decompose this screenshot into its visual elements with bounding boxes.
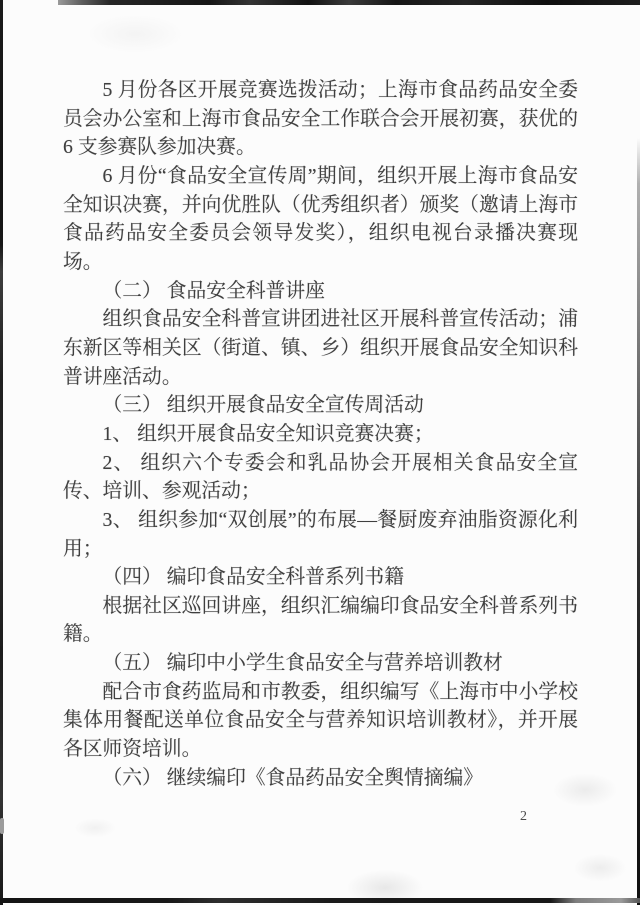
scan-smudge [0,818,4,834]
page-number: 2 [520,809,527,825]
paragraph: 6 月份“食品安全宣传周”期间，组织开展上海市食品安全知识决赛，并向优胜队（优秀… [63,162,578,277]
paragraph: 组织食品安全科普宣讲团进社区开展科普宣传活动；浦东新区等相关区（街道、镇、乡）组… [63,305,578,391]
paragraph: 根据社区巡回讲座，组织汇编编印食品安全科普系列书籍。 [63,592,578,649]
paragraph: 2、 组织六个专委会和乳品协会开展相关食品安全宣传、培训、参观活动； [63,449,578,506]
scanned-document-page: 5 月份各区开展竞赛选拨活动；上海市食品药品安全委员会办公室和上海市食品安全工作… [0,0,640,905]
paragraph: 配合市食药监局和市教委，组织编写《上海市中小学校集体用餐配送单位食品安全与营养知… [63,678,578,764]
section-heading: （六） 继续编印《食品药品安全舆情摘编》 [63,764,578,793]
paragraph: 1、 组织开展食品安全知识竞赛决赛； [63,420,578,449]
section-heading: （五） 编印中小学生食品安全与营养培训教材 [63,649,578,678]
document-body: 5 月份各区开展竞赛选拨活动；上海市食品药品安全委员会办公室和上海市食品安全工作… [63,76,578,792]
scan-edge-left [0,0,3,905]
paragraph: 3、 组织参加“双创展”的布展—餐厨废弃油脂资源化利用； [63,506,578,563]
paragraph: 5 月份各区开展竞赛选拨活动；上海市食品药品安全委员会办公室和上海市食品安全工作… [63,76,578,162]
scan-edge-top [58,0,640,5]
scan-edge-bottom [0,898,640,903]
section-heading: （四） 编印食品安全科普系列书籍 [63,563,578,592]
section-heading: （三） 组织开展食品安全宣传周活动 [63,391,578,420]
section-heading: （二） 食品安全科普讲座 [63,277,578,306]
